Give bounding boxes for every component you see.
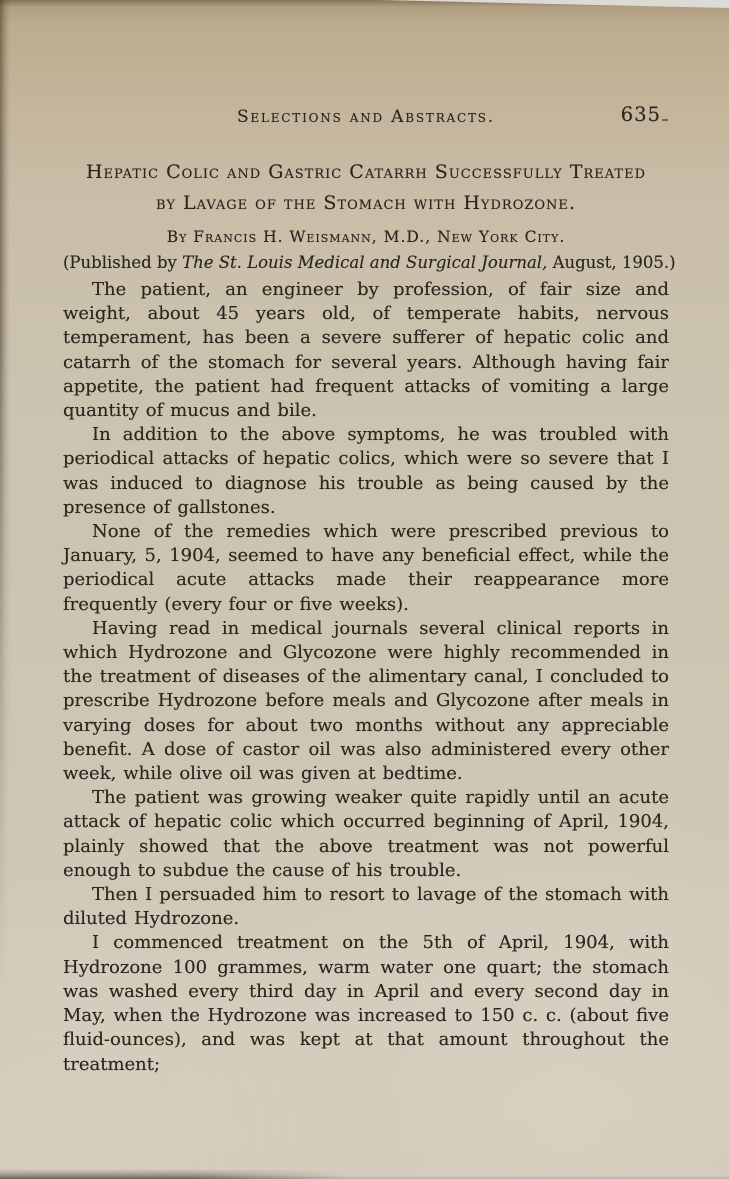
publication-suffix: August, 1905.) bbox=[547, 253, 675, 272]
article-body: The patient, an engineer by profession, … bbox=[63, 278, 669, 1077]
page-content: Selections and Abstracts. 635 Hepatic Co… bbox=[63, 0, 669, 1077]
paragraph: In addition to the above symptoms, he wa… bbox=[63, 423, 669, 520]
article-title-line1: Hepatic Colic and Gastric Catarrh Succes… bbox=[86, 161, 646, 183]
running-head-row: Selections and Abstracts. 635 bbox=[63, 0, 669, 128]
page-bottom-edge-shadow bbox=[0, 1175, 729, 1179]
publication-line: (Published by The St. Louis Medical and … bbox=[63, 253, 669, 273]
page-number: 635 bbox=[621, 104, 661, 126]
publication-journal-name: The St. Louis Medical and Surgical Journ… bbox=[182, 253, 547, 272]
article-title-line2: by Lavage of the Stomach with Hydrozone. bbox=[156, 192, 576, 214]
page-left-edge-shadow bbox=[0, 0, 10, 1179]
article-title: Hepatic Colic and Gastric Catarrh Succes… bbox=[63, 157, 669, 219]
paragraph: None of the remedies which were prescrib… bbox=[63, 520, 669, 617]
byline: By Francis H. Weismann, M.D., New York C… bbox=[63, 228, 669, 247]
publication-prefix: (Published by bbox=[63, 253, 182, 272]
paragraph: I commenced treatment on the 5th of Apri… bbox=[63, 931, 669, 1076]
running-head-title: Selections and Abstracts. bbox=[237, 107, 495, 127]
print-artifact-dash bbox=[662, 119, 668, 121]
paragraph: The patient was growing weaker quite rap… bbox=[63, 786, 669, 883]
paragraph: Having read in medical journals several … bbox=[63, 617, 669, 786]
paragraph: The patient, an engineer by profession, … bbox=[63, 278, 669, 423]
paragraph: Then I persuaded him to resort to lavage… bbox=[63, 883, 669, 931]
scanned-journal-page: Selections and Abstracts. 635 Hepatic Co… bbox=[0, 0, 729, 1179]
